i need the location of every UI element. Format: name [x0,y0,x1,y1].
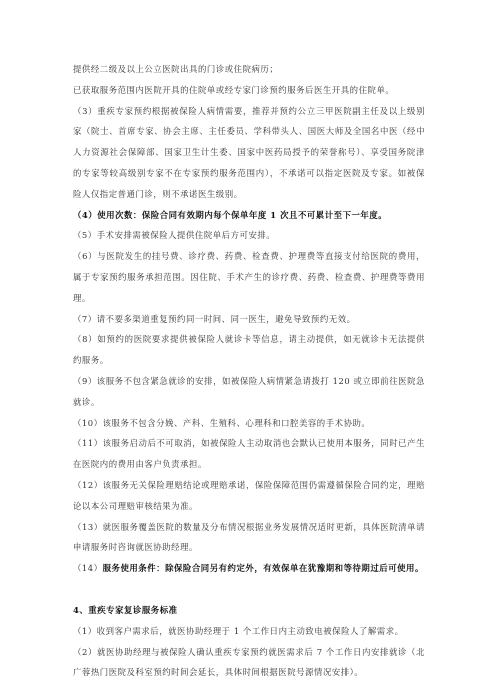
item-6-line: （6）与医院发生的挂号费、诊疗费、药费、检查费、护理费等直接支付给医院的费用，不 [73,246,425,267]
paragraph-line: 已获取服务范围内医院开具的住院单或经专家门诊预约服务后医生开具的住院单。 [73,80,425,101]
item-9-line: 就诊。 [73,392,425,413]
section-4-item-2: 广蓉热门医院及科室预约时间会延长，具体时间根据医院号源情况安排）。 [73,662,425,683]
item-11-line: 在医院内的费用由客户负责承担。 [73,454,425,475]
item-3-line: 险人仅指定普通门诊，则不承诺医生级别。 [73,184,425,205]
item-8-line: 约服务。 [73,350,425,371]
item-6-line: 理。 [73,288,425,309]
item-3-line: 家（院士、首席专家、协会主席、主任委员、学科带头人、国医大师及全国名中医（经中国 [73,121,425,142]
item-10-line: （10）该服务不包含分娩、产科、生殖科、心理科和口腔美容的手术协助。 [73,413,425,434]
item-4-usage-count: （4）使用次数：保险合同有效期内每个保单年度 1 次且不可累计至下一年度。 [73,205,425,226]
paragraph-line: 提供经二级及以上公立医院出具的门诊或住院病历； [73,59,425,80]
document-body: 提供经二级及以上公立医院出具的门诊或住院病历； 已获取服务范围内医院开具的住院单… [73,59,425,683]
item-6-line: 属于专家预约服务承担范围。因住院、手术产生的诊疗费、药费、检查费、护理费等费用自 [73,267,425,288]
item-9-line: （9）该服务不包含紧急就诊的安排，如被保险人病情紧急请拨打 120 或立即前往医… [73,371,425,392]
item-12-line: 论以本公司理赔审核结果为准。 [73,496,425,517]
item-12-line: （12）该服务无关保险理赔结论或理赔承诺，保险保障范围仍需遵循保险合同约定，理赔… [73,475,425,496]
item-14-line: （14）服务使用条件：除保险合同另有约定外，有效保单在犹豫期和等待期过后可使用。 [73,558,425,579]
item-11-line: （11）该服务启动后不可取消，如被保险人主动取消也会默认已使用本服务，同时已产生… [73,433,425,454]
paragraph-gap [73,579,425,600]
item-3-line: 人力资源社会保障部、国家卫生计生委、国家中医药局授予的荣誉称号）、享受国务院津贴 [73,142,425,163]
item-5-line: （5）手术安排需被保险人提供住院单后方可安排。 [73,225,425,246]
document-page: 提供经二级及以上公立医院出具的门诊或住院病历； 已获取服务范围内医院开具的住院单… [0,0,495,700]
item-7-line: （7）请不要多渠道重复预约同一时间、同一医生，避免导致预约无效。 [73,309,425,330]
item-3-line: （3）重疾专家预约根据被保险人病情需要，推荐并预约公立三甲医院副主任及以上级别专 [73,101,425,122]
section-4-item-1: （1）收到客户需求后，就医协助经理于 1 个工作日内主动致电被保险人了解需求。 [73,621,425,642]
item-13-line: 申请服务时咨询就医协助经理。 [73,537,425,558]
item-8-line: （8）如预约的医院要求提供被保险人就诊卡等信息，请主动提供，如无就诊卡无法提供预 [73,329,425,350]
item-13-line: （13）就医服务覆盖医院的数量及分布情况根据业务发展情况适时更新，具体医院清单请… [73,517,425,538]
item-3-line: 的专家等较高级别专家不在专家预约服务范围内），不承诺可以指定医院及专家。如被保 [73,163,425,184]
section-4-heading: 4、重疾专家复诊服务标准 [73,600,425,621]
item-14-prefix: （14） [73,563,103,573]
item-14-usage-condition: 服务使用条件：除保险合同另有约定外，有效保单在犹豫期和等待期过后可使用。 [103,563,424,573]
section-4-item-2: （2）就医协助经理与被保险人确认重疾专家预约就医需求后 7 个工作日内安排就诊（… [73,642,425,663]
